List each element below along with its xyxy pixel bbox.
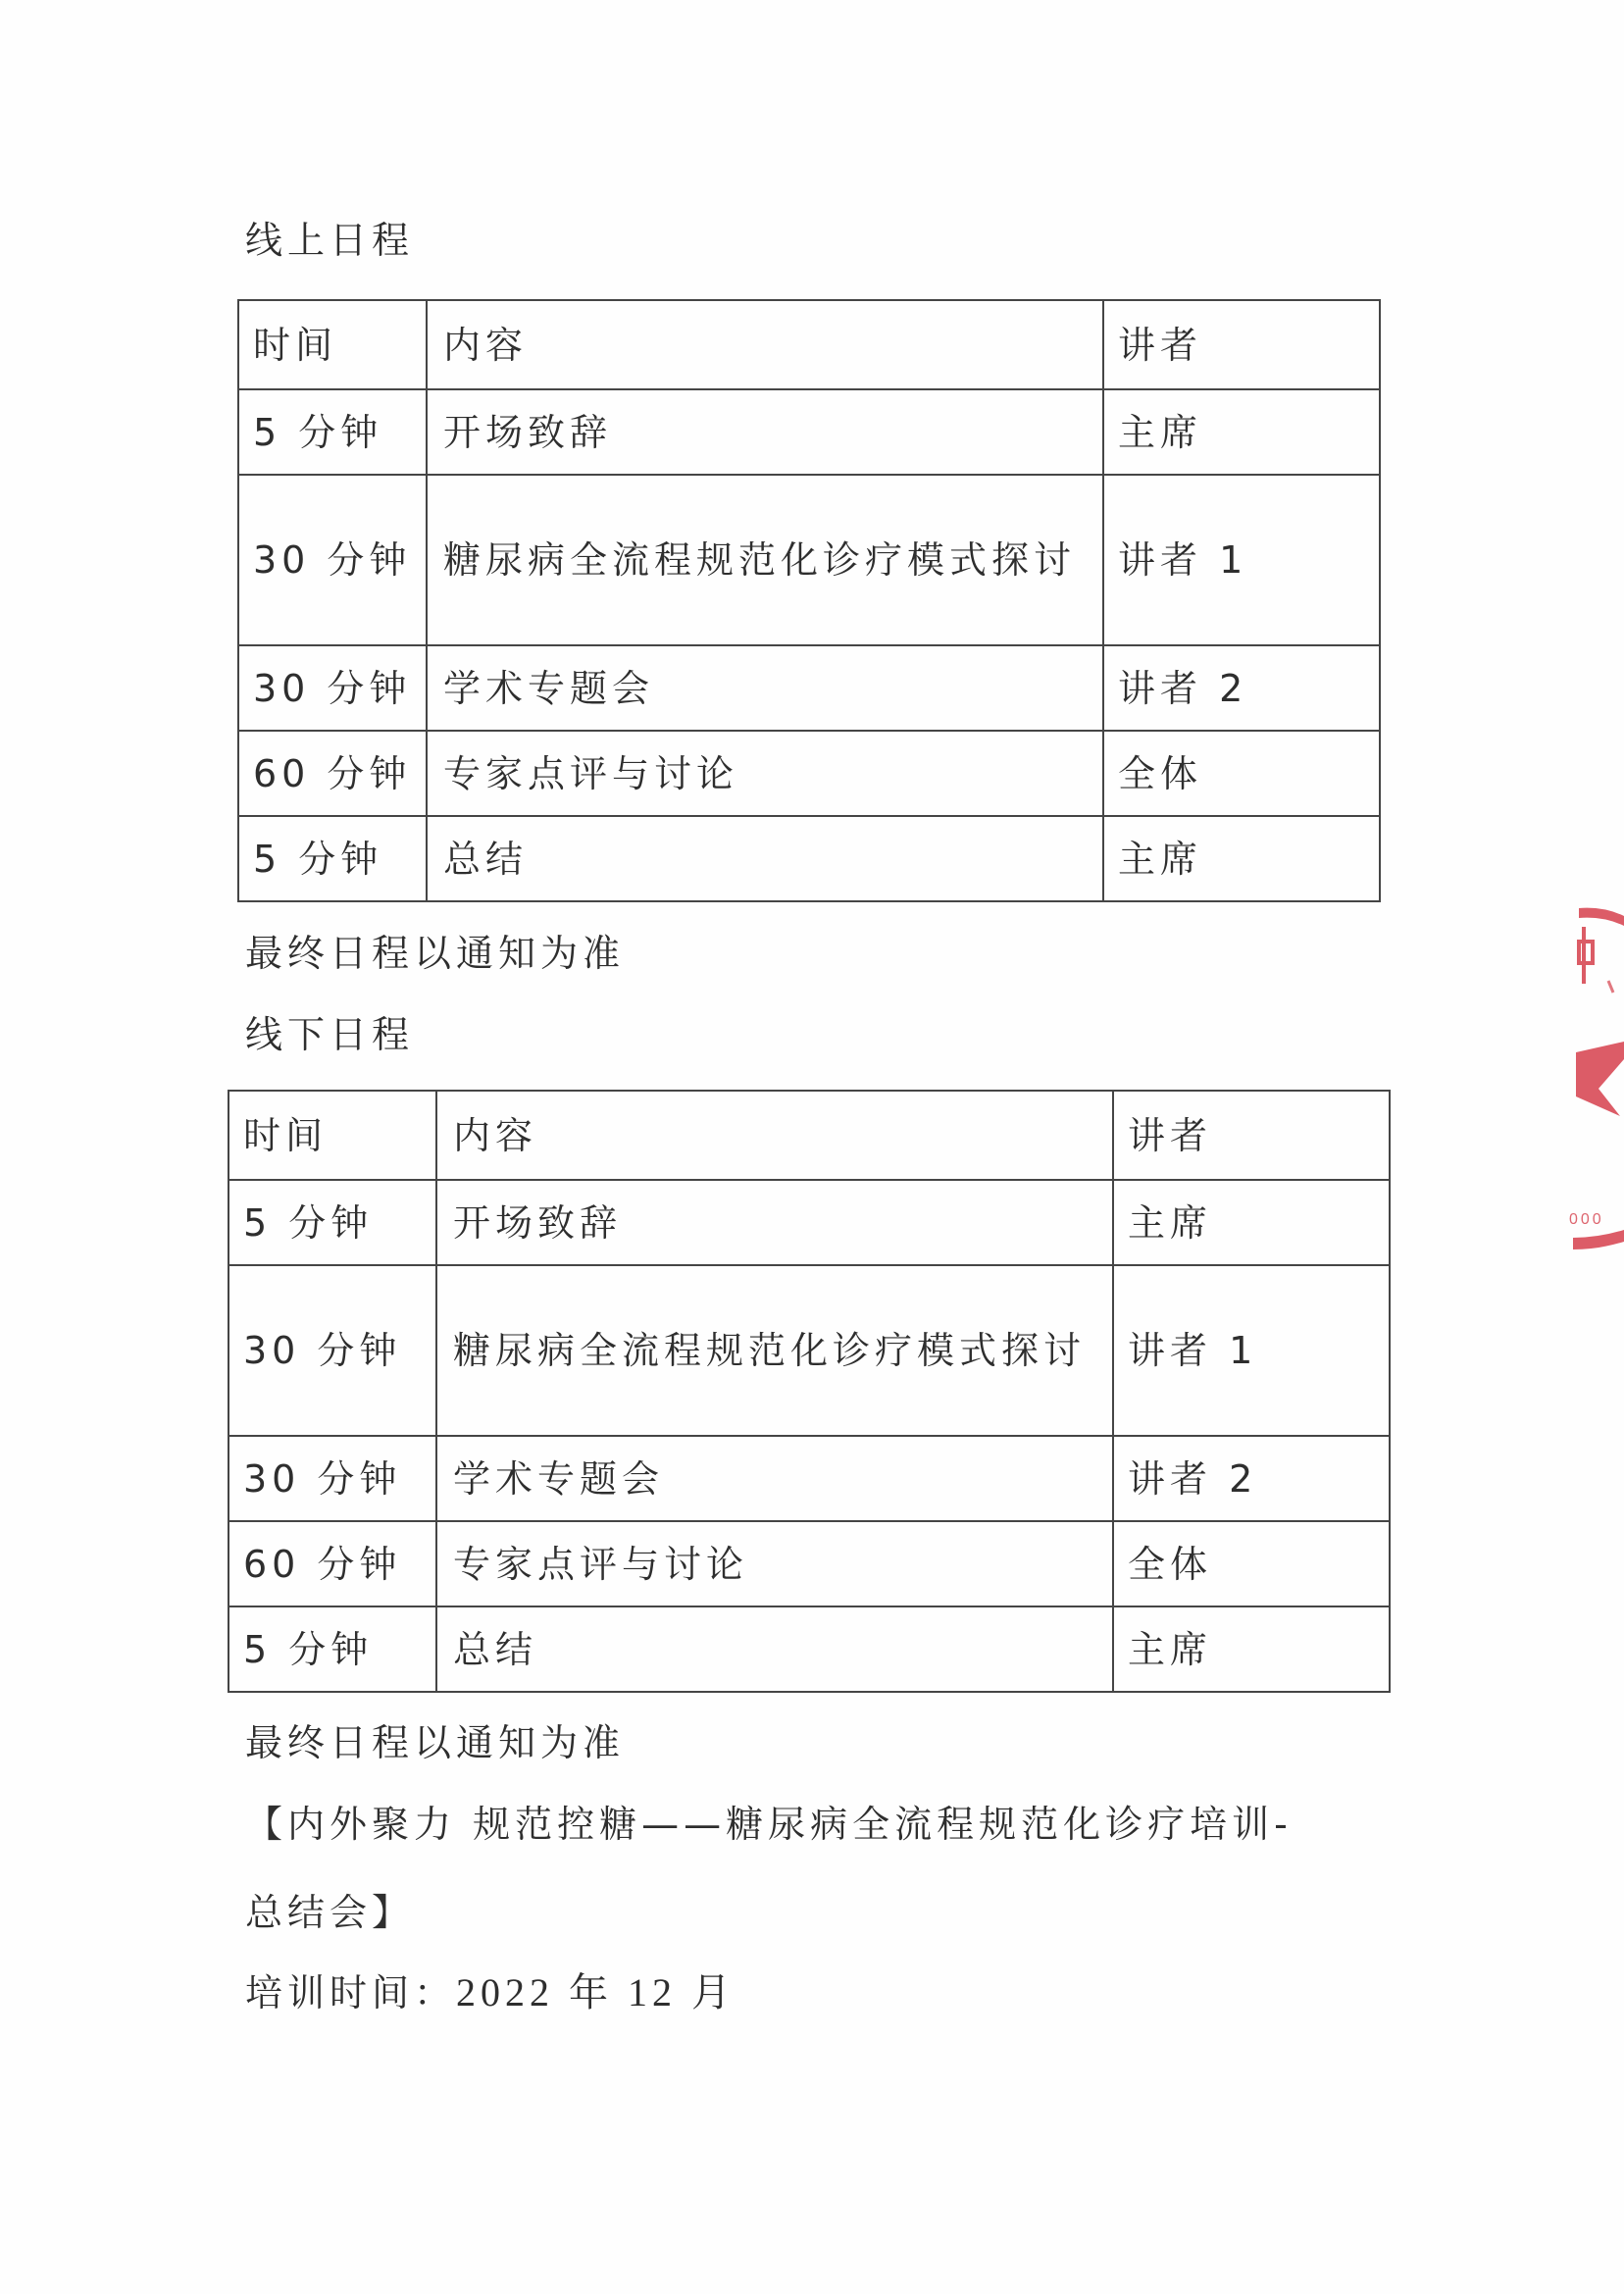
header-time: 时间 [238,300,427,389]
online-schedule-table: 时间 内容 讲者 5 分钟 开场致辞 主席 30 分钟 糖尿病全流程规范化诊疗模… [237,299,1381,902]
svg-text:000: 000 [1569,1211,1604,1228]
cell-duration: 60 分钟 [228,1521,436,1606]
table-row: 60 分钟 专家点评与讨论 全体 [238,731,1380,816]
seal-star [1576,1042,1624,1116]
table-row: 30 分钟 学术专题会 讲者 2 [228,1436,1390,1521]
cell-content: 专家点评与讨论 [436,1521,1113,1606]
header-content: 内容 [427,300,1103,389]
cell-content: 总结 [427,816,1103,901]
cell-speaker: 主席 [1103,389,1380,475]
table-row: 60 分钟 专家点评与讨论 全体 [228,1521,1390,1606]
table-row: 30 分钟 学术专题会 讲者 2 [238,645,1380,731]
closing-heading-line1: 【内外聚力 规范控糖——糖尿病全流程规范化诊疗培训- [245,1801,1293,1848]
table-header-row: 时间 内容 讲者 [228,1091,1390,1180]
online-schedule-note: 最终日程以通知为准 [245,930,625,977]
table-row: 5 分钟 总结 主席 [228,1606,1390,1692]
header-speaker: 讲者 [1103,300,1380,389]
offline-schedule-note: 最终日程以通知为准 [245,1719,625,1766]
cell-content: 学术专题会 [436,1436,1113,1521]
cell-content: 总结 [436,1606,1113,1692]
red-seal-stamp-icon: 000 [1559,883,1624,1265]
offline-schedule-title: 线下日程 [245,1011,414,1058]
table-row: 5 分钟 开场致辞 主席 [238,389,1380,475]
cell-content: 糖尿病全流程规范化诊疗模式探讨 [436,1265,1113,1436]
cell-duration: 30 分钟 [238,645,427,731]
cell-content-text: 糖尿病全流程规范化诊疗模式探讨 [443,520,1102,600]
header-content: 内容 [436,1091,1113,1180]
cell-speaker: 主席 [1113,1606,1390,1692]
cell-speaker: 全体 [1103,731,1380,816]
cell-content-text: 糖尿病全流程规范化诊疗模式探讨 [453,1310,1112,1391]
cell-speaker: 讲者 1 [1113,1265,1390,1436]
cell-duration: 60 分钟 [238,731,427,816]
document-page: 线上日程 时间 内容 讲者 5 分钟 开场致辞 主席 30 分钟 糖尿病全流程规… [0,0,1624,2294]
cell-speaker: 主席 [1103,816,1380,901]
cell-duration: 5 分钟 [228,1180,436,1265]
training-time-value: 2022 年 12 月 [456,1970,736,2014]
cell-speaker: 讲者 2 [1113,1436,1390,1521]
cell-speaker: 讲者 2 [1103,645,1380,731]
table-row: 5 分钟 开场致辞 主席 [228,1180,1390,1265]
online-schedule-title: 线上日程 [245,217,414,264]
table-row: 5 分钟 总结 主席 [238,816,1380,901]
cell-content: 糖尿病全流程规范化诊疗模式探讨 [427,475,1103,645]
cell-duration: 30 分钟 [238,475,427,645]
cell-content: 开场致辞 [436,1180,1113,1265]
table-row: 30 分钟 糖尿病全流程规范化诊疗模式探讨 讲者 1 [228,1265,1390,1436]
cell-content: 开场致辞 [427,389,1103,475]
cell-content: 学术专题会 [427,645,1103,731]
table-row: 30 分钟 糖尿病全流程规范化诊疗模式探讨 讲者 1 [238,475,1380,645]
cell-speaker: 讲者 1 [1103,475,1380,645]
table-header-row: 时间 内容 讲者 [238,300,1380,389]
cell-speaker: 全体 [1113,1521,1390,1606]
cell-duration: 5 分钟 [238,389,427,475]
seal-character-fragment [1579,927,1593,984]
cell-duration: 5 分钟 [228,1606,436,1692]
cell-speaker: 主席 [1113,1180,1390,1265]
header-speaker: 讲者 [1113,1091,1390,1180]
cell-content: 专家点评与讨论 [427,731,1103,816]
training-time-label: 培训时间： [245,1971,456,2014]
training-time: 培训时间：2022 年 12 月 [245,1969,736,2016]
offline-schedule-table: 时间 内容 讲者 5 分钟 开场致辞 主席 30 分钟 糖尿病全流程规范化诊疗模… [228,1090,1391,1693]
cell-duration: 30 分钟 [228,1436,436,1521]
cell-duration: 30 分钟 [228,1265,436,1436]
cell-duration: 5 分钟 [238,816,427,901]
header-time: 时间 [228,1091,436,1180]
closing-heading-line2: 总结会】 [245,1889,414,1936]
